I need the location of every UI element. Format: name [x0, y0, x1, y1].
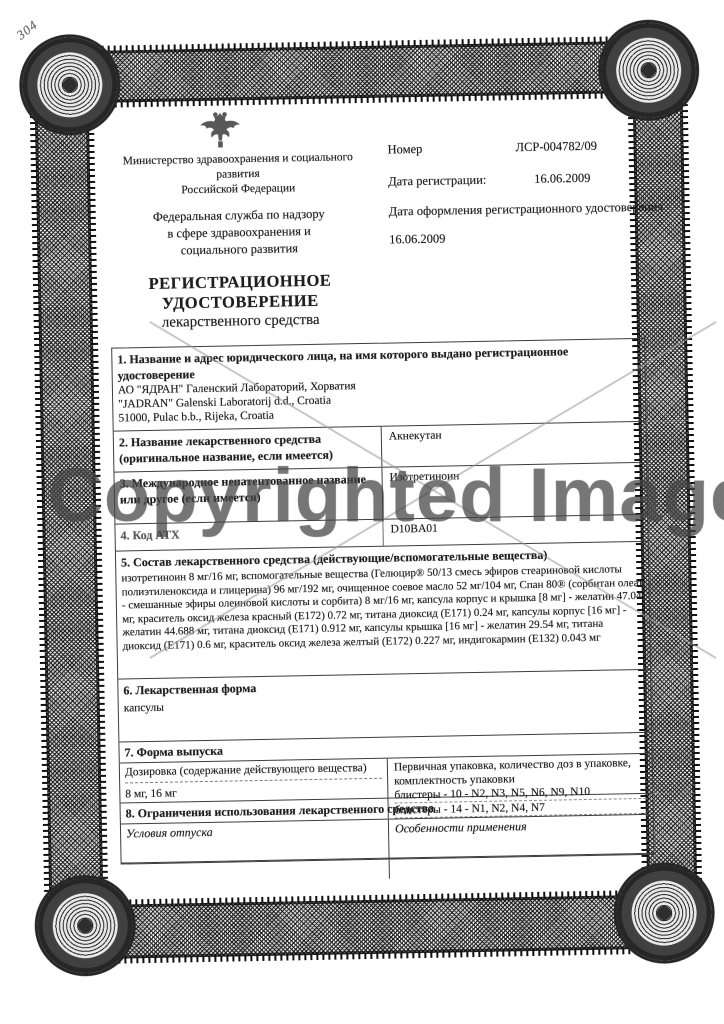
issuing-authority-block: Министерство здравоохранения и социально…: [88, 150, 391, 333]
section-1-holder: 1. Название и адрес юридического лица, н…: [112, 339, 645, 432]
frame-band-bottom: [75, 894, 672, 959]
section-8-restrictions: 8. Ограничения использования лекарственн…: [121, 794, 654, 864]
section-2-title: 2. Название лекарственного средства (ори…: [114, 427, 383, 472]
composition-text: изотретиноин 8 мг/16 мг, вспомогательные…: [121, 563, 644, 654]
section-4-title: 4. Код АТХ: [115, 520, 383, 551]
number-value: ЛСР-004782/09: [515, 138, 597, 155]
certificate-table: 1. Название и адрес юридического лица, н…: [111, 338, 654, 865]
atc-code-value: D10BA01: [383, 515, 647, 546]
application-features-label: Особенности применения: [389, 815, 654, 879]
dosage-label: Дозировка (содержание действующего вещес…: [125, 761, 382, 780]
registration-date-label: Дата регистрации:: [388, 171, 516, 189]
corner-rosette-icon: [616, 865, 713, 962]
coat-of-arms-icon: [197, 106, 244, 155]
ornate-border-frame: [34, 40, 682, 52]
section-6-dosage-form: 6. Лекарственная форма капсулы: [118, 670, 651, 743]
inn-value: Изотретиноин: [382, 463, 647, 519]
section-3-title: 3. Международное непатентованное названи…: [114, 468, 383, 524]
section-7-release-form: 7. Форма выпуска Дозировка (содержание д…: [119, 733, 652, 804]
number-label: Номер: [387, 139, 515, 157]
registration-date-value: 16.06.2009: [534, 170, 591, 187]
certificate-sheet: Министерство здравоохранения и социально…: [34, 40, 699, 960]
handwritten-corner-note: 304: [13, 17, 41, 43]
frame-band-top: [60, 41, 657, 104]
section-5-composition: 5. Состав лекарственного средства (дейст…: [116, 542, 650, 680]
dispensing-conditions-label: Условия отпуска: [121, 820, 390, 884]
scanned-certificate-page: 304 Министерство здравоохранения и социа…: [0, 0, 724, 1024]
registration-meta-block: Номер ЛСР-004782/09 Дата регистрации: 16…: [387, 136, 669, 247]
corner-rosette-icon: [21, 36, 118, 133]
trade-name-value: Акнекутан: [382, 422, 647, 467]
